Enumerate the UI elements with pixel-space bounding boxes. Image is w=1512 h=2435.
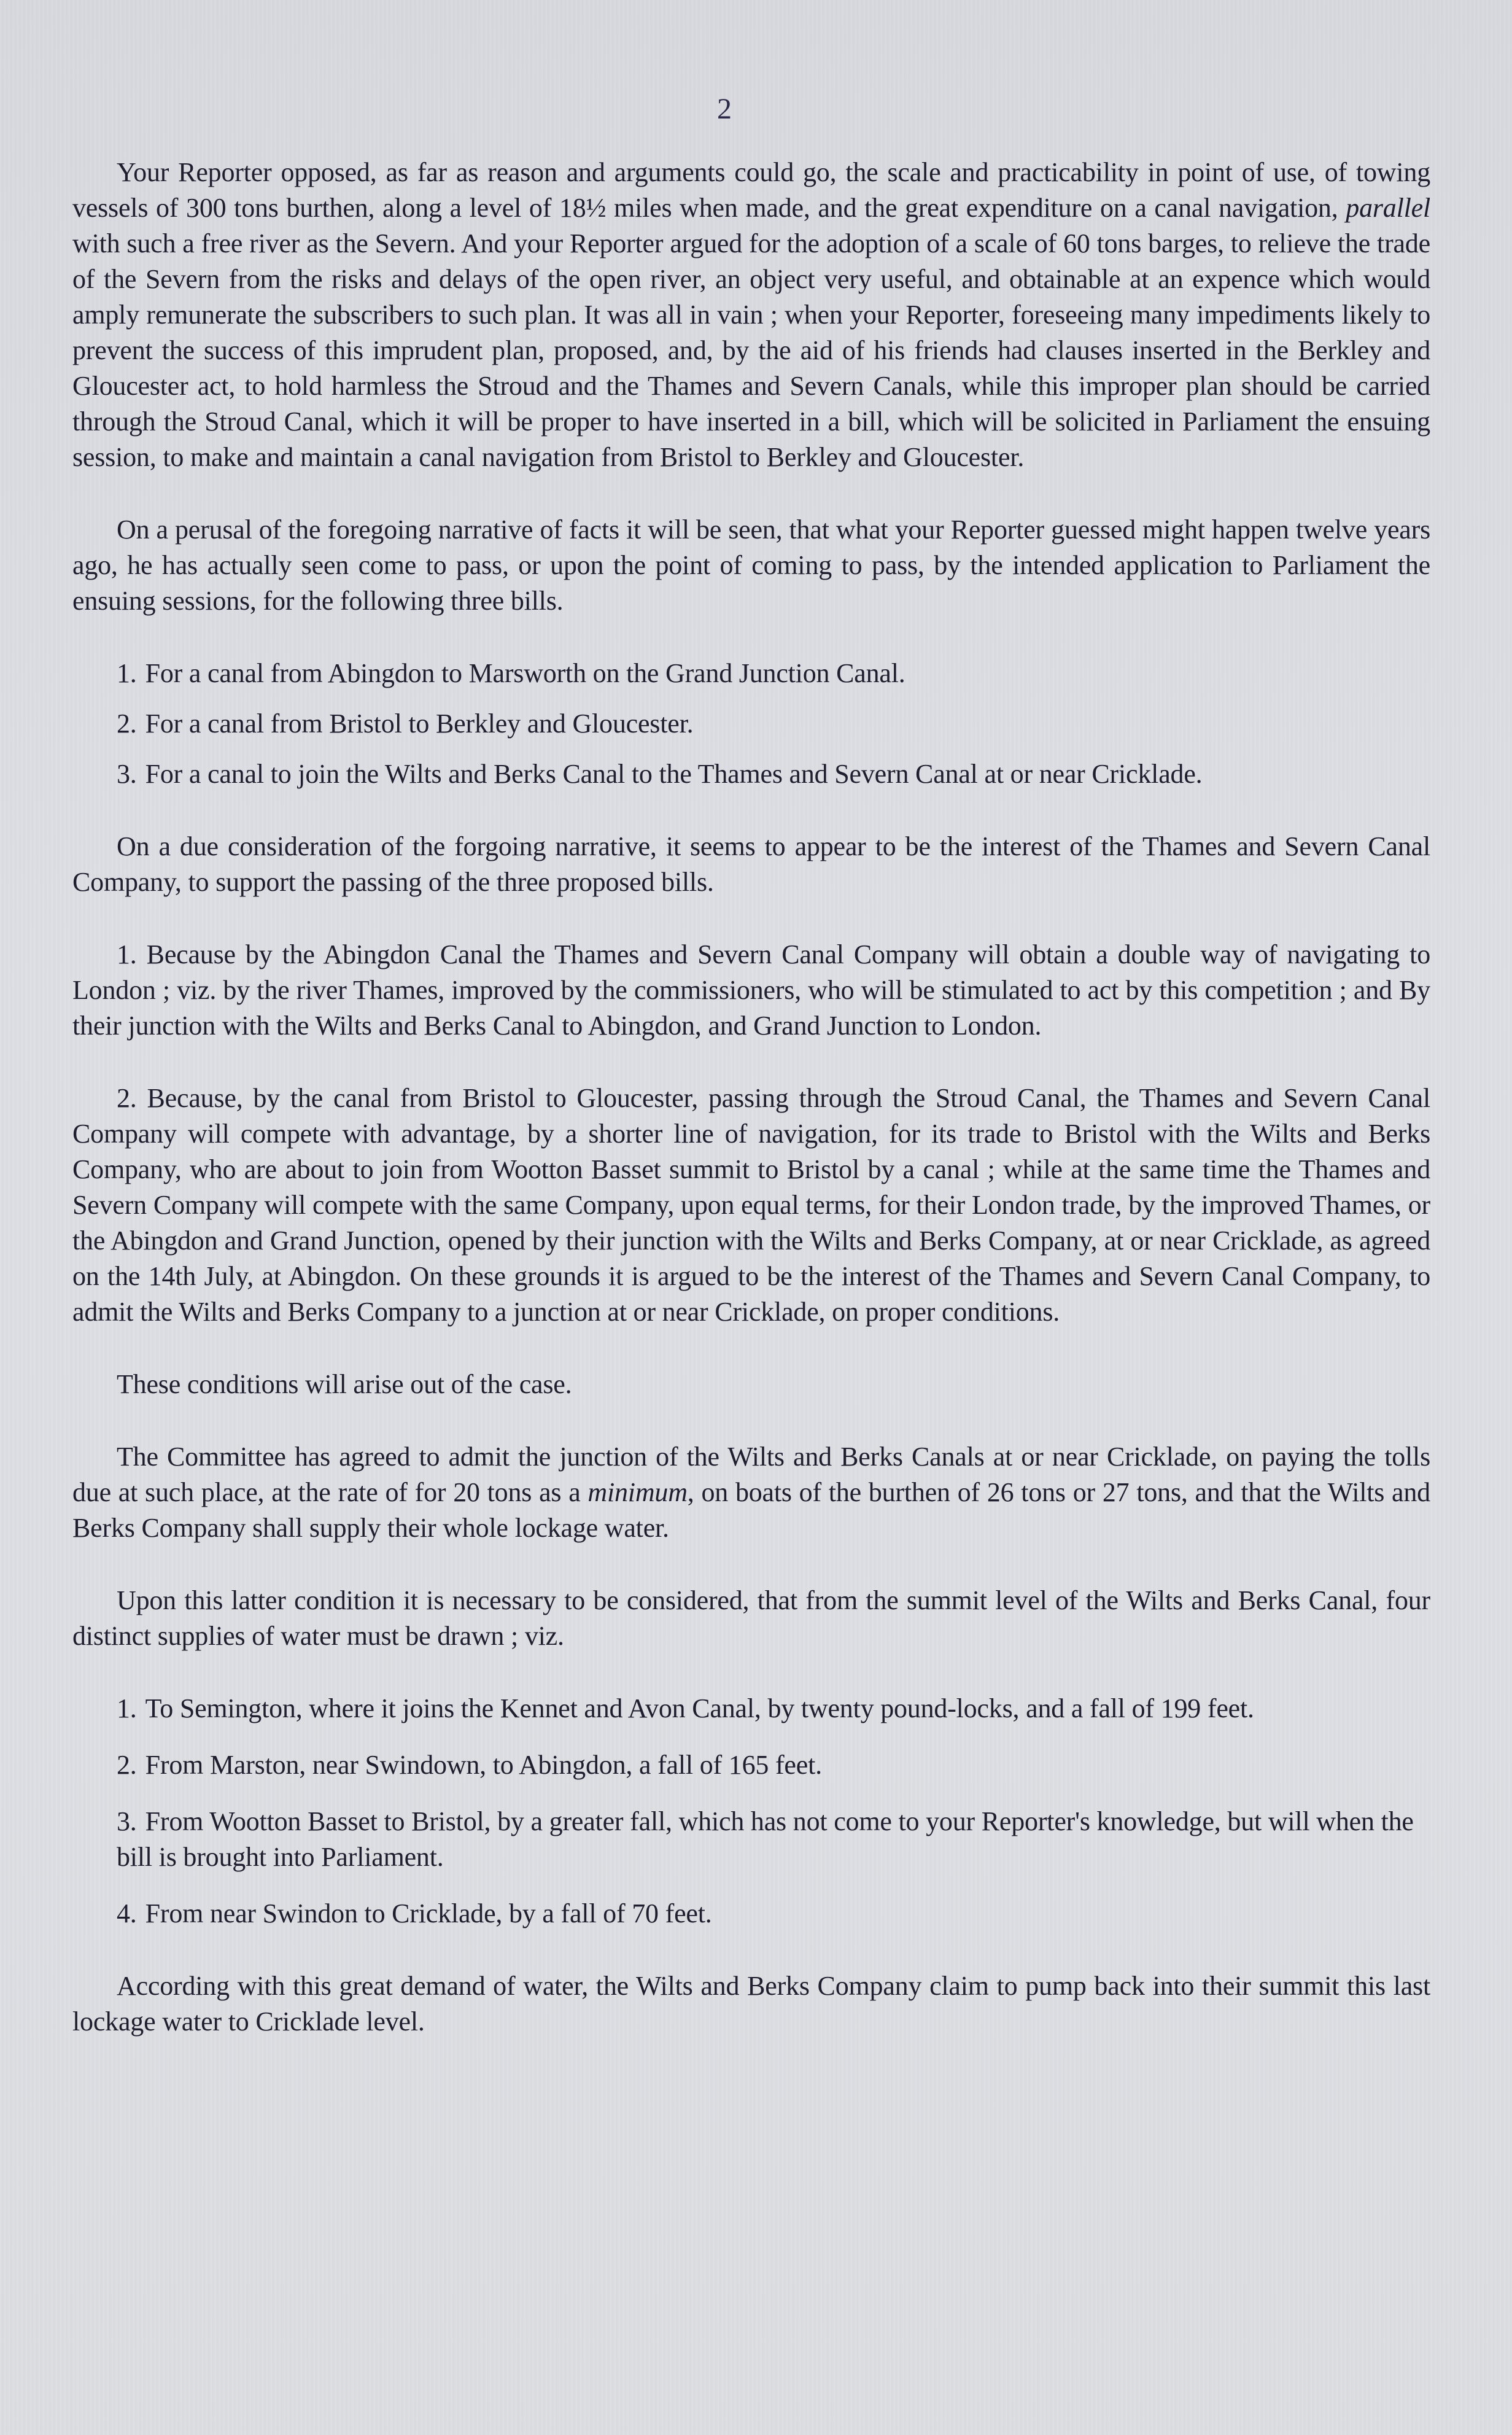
list-item: 1.For a canal from Abingdon to Marsworth… bbox=[72, 656, 1430, 691]
list-text: For a canal from Bristol to Berkley and … bbox=[145, 709, 694, 739]
list-item: 2.From Marston, near Swindown, to Abingd… bbox=[72, 1747, 1430, 1783]
paragraph-committee: The Committee has agreed to admit the ju… bbox=[72, 1439, 1430, 1546]
list-number: 4. bbox=[117, 1898, 137, 1928]
list-number: 3. bbox=[117, 1806, 137, 1836]
list-text: From Marston, near Swindown, to Abingdon… bbox=[145, 1750, 822, 1780]
list-item: 2.For a canal from Bristol to Berkley an… bbox=[72, 706, 1430, 742]
reason-1: 1. Because by the Abingdon Canal the Tha… bbox=[72, 937, 1430, 1044]
paragraph-text: with such a free river as the Severn. An… bbox=[72, 228, 1430, 472]
list-number: 1. bbox=[117, 658, 137, 688]
paragraph-reporter-opposed: Your Reporter opposed, as far as reason … bbox=[72, 155, 1430, 475]
list-item: 3.For a canal to join the Wilts and Berk… bbox=[72, 756, 1430, 792]
list-text: For a canal to join the Wilts and Berks … bbox=[145, 759, 1203, 789]
italic-emphasis: minimum bbox=[587, 1477, 687, 1507]
list-number: 3. bbox=[117, 759, 137, 789]
paragraph-conditions: These conditions will arise out of the c… bbox=[72, 1367, 1430, 1402]
list-text: To Semington, where it joins the Kennet … bbox=[145, 1693, 1254, 1723]
paragraph-according: According with this great demand of wate… bbox=[72, 1968, 1430, 2040]
water-supplies-list: 1.To Semington, where it joins the Kenne… bbox=[72, 1691, 1430, 1932]
list-item: 1.To Semington, where it joins the Kenne… bbox=[72, 1691, 1430, 1726]
reason-2: 2. Because, by the canal from Bristol to… bbox=[72, 1081, 1430, 1330]
list-item: 3.From Wootton Basset to Bristol, by a g… bbox=[72, 1804, 1430, 1875]
list-item: 4.From near Swindon to Cricklade, by a f… bbox=[72, 1896, 1430, 1932]
paragraph-perusal: On a perusal of the foregoing narrative … bbox=[72, 512, 1430, 619]
list-text: For a canal from Abingdon to Marsworth o… bbox=[145, 658, 905, 688]
document-body: Your Reporter opposed, as far as reason … bbox=[72, 155, 1430, 2040]
italic-emphasis: parallel bbox=[1346, 193, 1430, 223]
paragraph-due-consideration: On a due consideration of the forgoing n… bbox=[72, 829, 1430, 900]
list-number: 2. bbox=[117, 709, 137, 739]
list-number: 2. bbox=[117, 1750, 137, 1780]
list-text: From Wootton Basset to Bristol, by a gre… bbox=[117, 1806, 1414, 1872]
paragraph-text: Your Reporter opposed, as far as reason … bbox=[72, 157, 1430, 223]
bills-list: 1.For a canal from Abingdon to Marsworth… bbox=[72, 656, 1430, 792]
list-number: 1. bbox=[117, 1693, 137, 1723]
paragraph-latter-condition: Upon this latter condition it is necessa… bbox=[72, 1583, 1430, 1654]
page-number: 2 bbox=[717, 92, 732, 126]
list-text: From near Swindon to Cricklade, by a fal… bbox=[145, 1898, 712, 1928]
